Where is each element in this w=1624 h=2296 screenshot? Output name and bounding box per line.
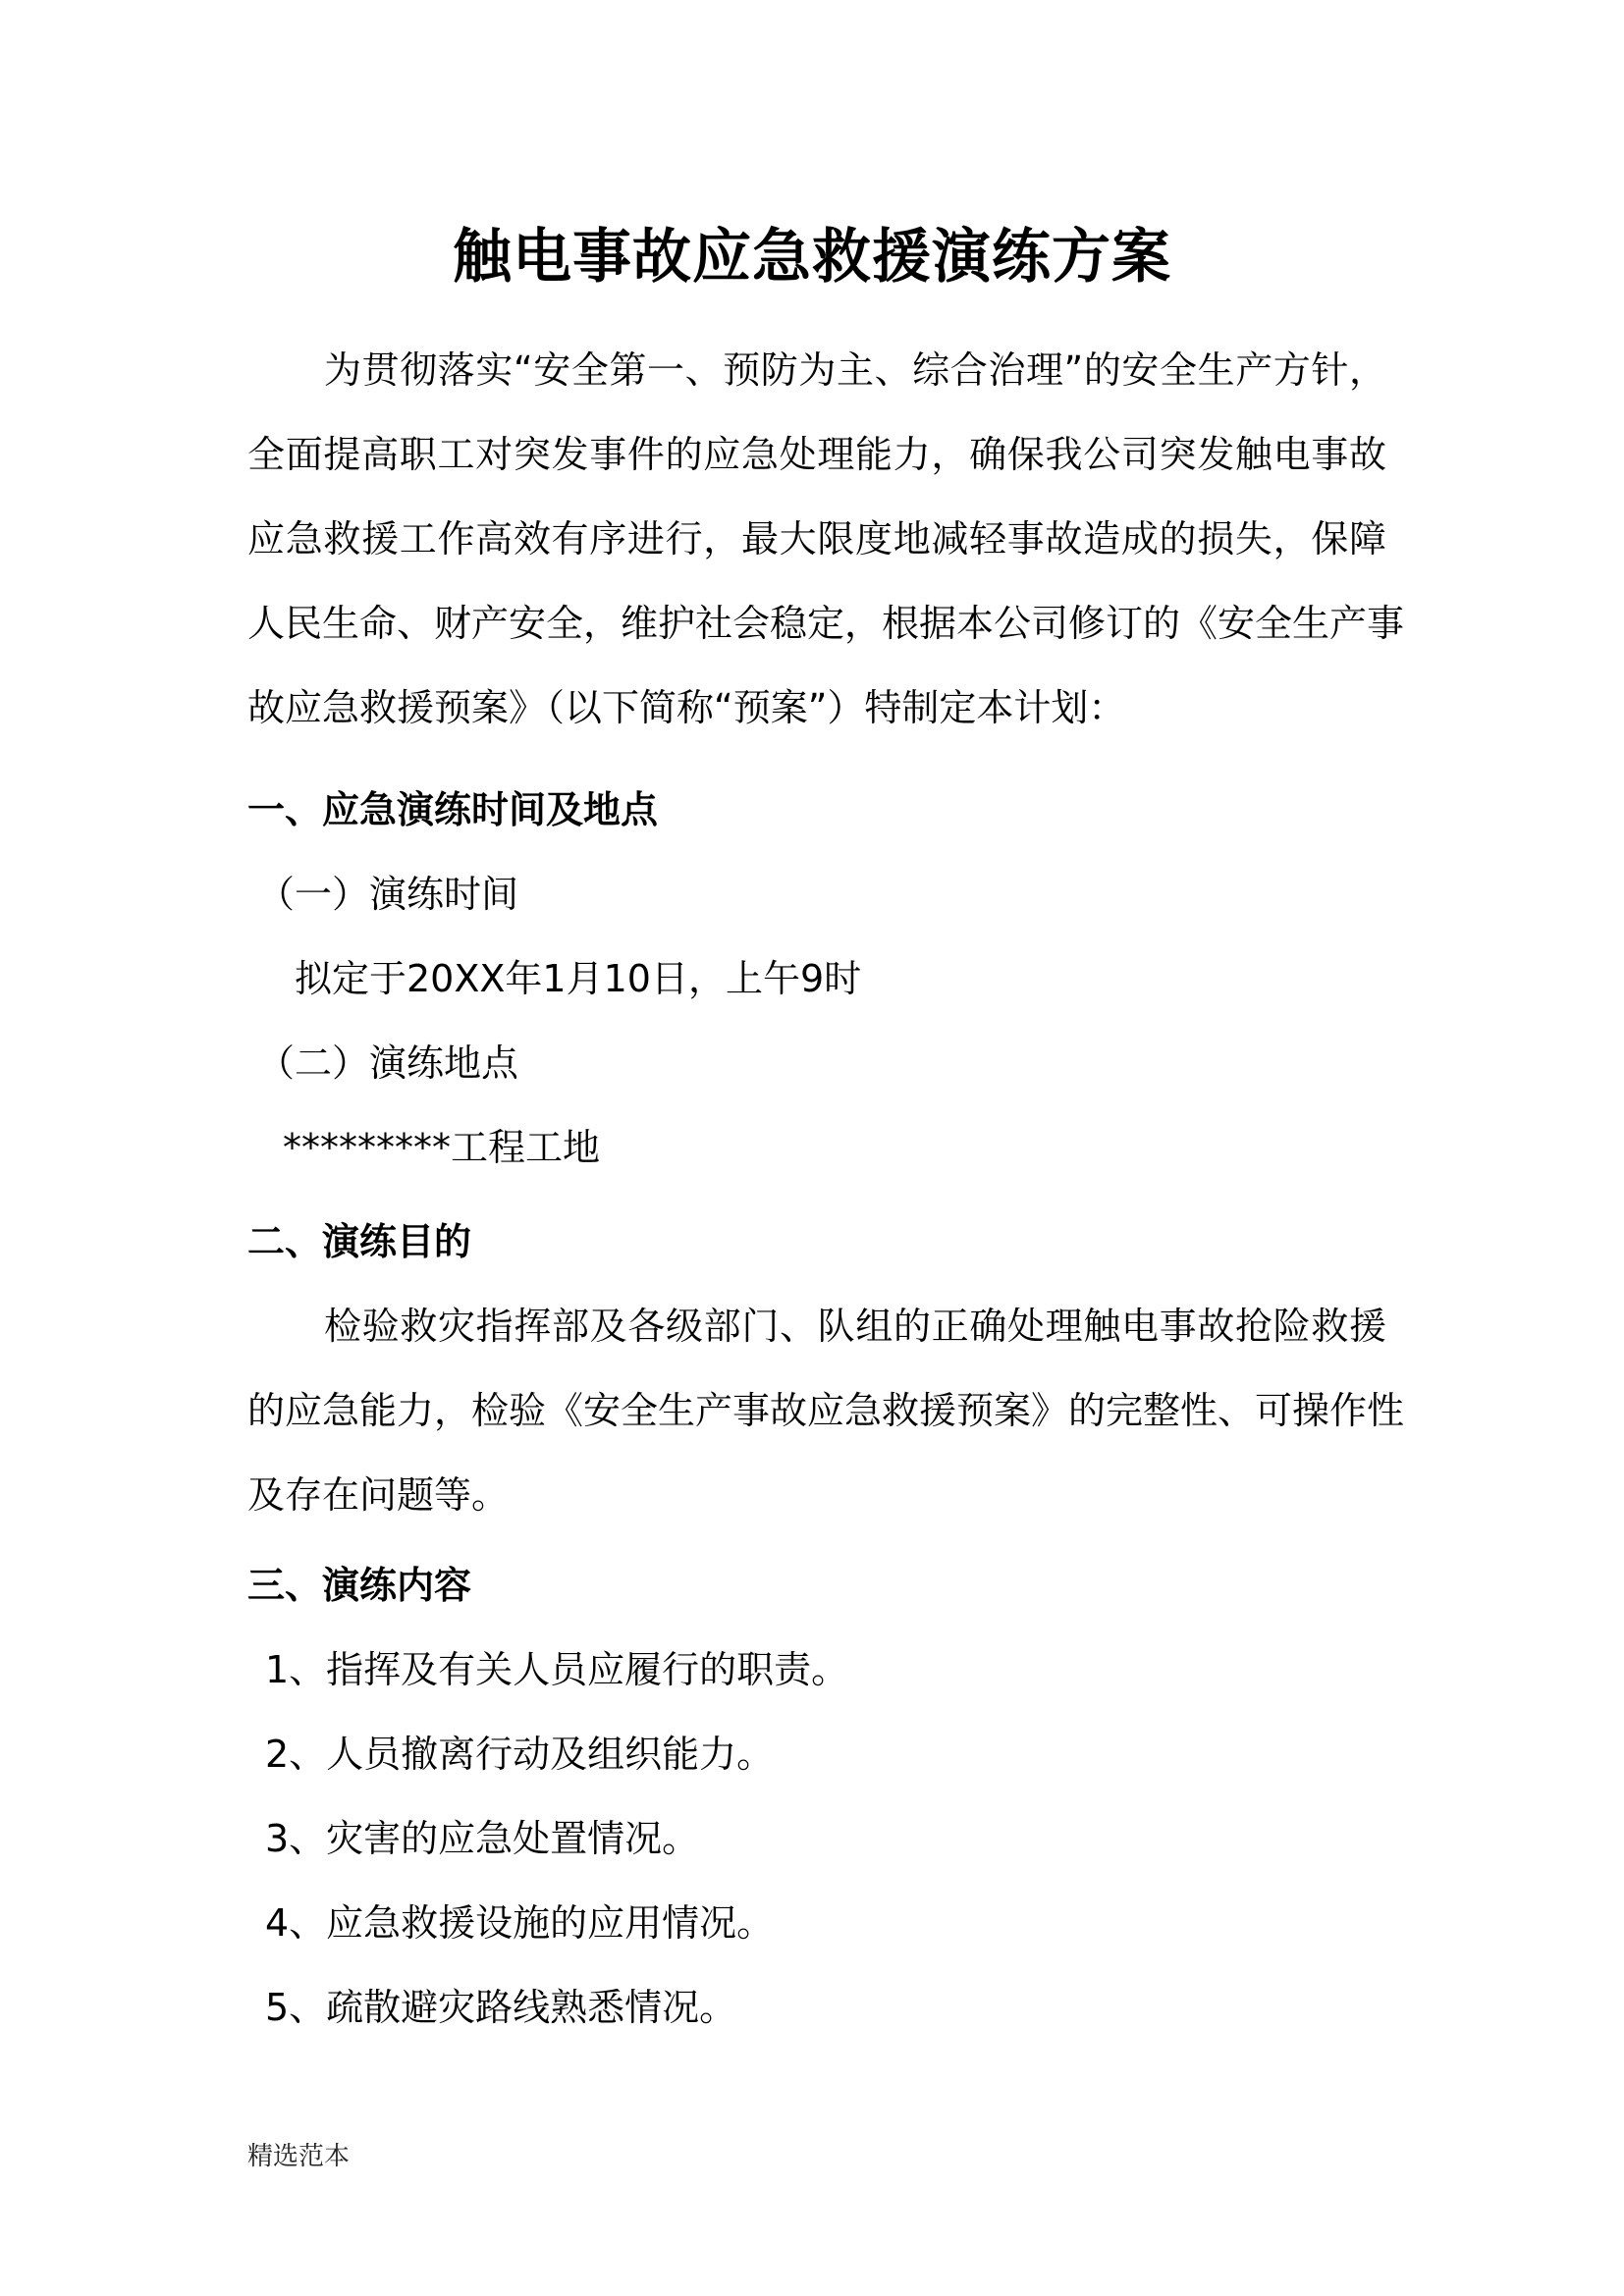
purpose-line-3: 及存在问题等。 <box>247 1470 509 1520</box>
section-3-heading: 三、演练内容 <box>247 1561 471 1610</box>
intro-line-1: 为贯彻落实“安全第一、预防为主、综合治理”的安全生产方针， <box>324 346 1386 395</box>
intro-line-5: 故应急救援预案》（以下简称“预案”）特制定本计划： <box>247 683 1125 732</box>
drill-time-value: 拟定于20XX年1月10日，上午9时 <box>295 954 861 1003</box>
section-2-heading: 二、演练目的 <box>247 1217 471 1266</box>
drill-location-value: *********工程工地 <box>283 1123 600 1172</box>
document-page: 触电事故应急救援演练方案 为贯彻落实“安全第一、预防为主、综合治理”的安全生产方… <box>0 0 1624 2296</box>
subsection-1-heading: （一）演练时间 <box>257 870 518 919</box>
content-item-2: 2、人员撤离行动及组织能力。 <box>265 1730 774 1779</box>
intro-line-3: 应急救援工作高效有序进行，最大限度地减轻事故造成的损失，保障 <box>247 514 1386 563</box>
content-item-5: 5、疏散避灾路线熟悉情况。 <box>265 1983 736 2032</box>
content-item-1: 1、指挥及有关人员应履行的职责。 <box>265 1645 848 1694</box>
content-item-3: 3、灾害的应急处置情况。 <box>265 1814 699 1863</box>
purpose-line-2: 的应急能力，检验《安全生产事故应急救援预案》的完整性、可操作性 <box>247 1386 1386 1435</box>
intro-line-4: 人民生命、财产安全，维护社会稳定，根据本公司修订的《安全生产事 <box>247 599 1386 648</box>
section-1-heading: 一、应急演练时间及地点 <box>247 785 658 834</box>
document-title: 触电事故应急救援演练方案 <box>0 218 1624 296</box>
content-item-4: 4、应急救援设施的应用情况。 <box>265 1898 774 1948</box>
page-footer: 精选范本 <box>247 2140 350 2173</box>
purpose-line-1: 检验救灾指挥部及各级部门、队组的正确处理触电事故抢险救援 <box>324 1302 1386 1351</box>
subsection-2-heading: （二）演练地点 <box>257 1039 518 1088</box>
intro-line-2: 全面提高职工对突发事件的应急处理能力，确保我公司突发触电事故 <box>247 430 1386 479</box>
